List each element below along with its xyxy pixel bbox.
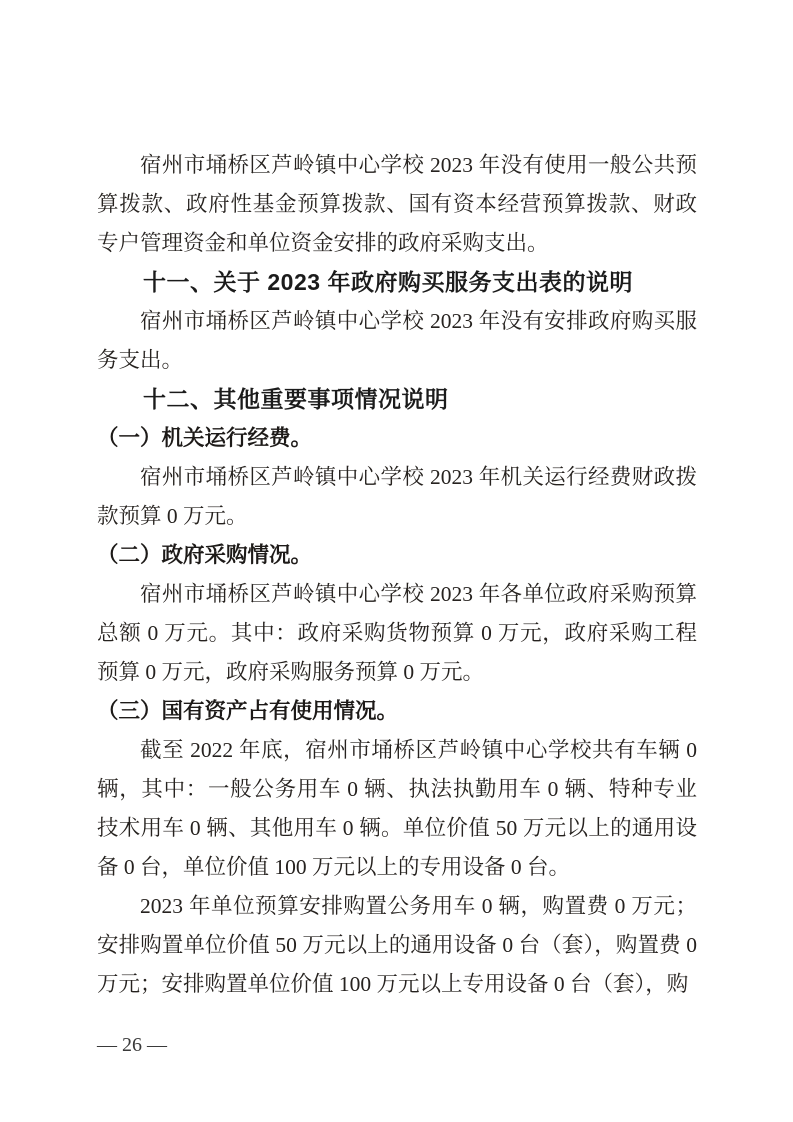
- subheading-12-2-gov-procurement-situation: （二）政府采购情况。: [97, 536, 697, 575]
- paragraph-section-11-body: 宿州市埇桥区芦岭镇中心学校 2023 年没有安排政府购买服务支出。: [97, 302, 697, 380]
- document-content: 宿州市埇桥区芦岭镇中心学校 2023 年没有使用一般公共预算拨款、政府性基金预算…: [97, 146, 697, 1004]
- page-number: — 26 —: [97, 1034, 167, 1056]
- paragraph-12-3-vehicles-equipment: 截至 2022 年底，宿州市埇桥区芦岭镇中心学校共有车辆 0 辆，其中：一般公务…: [97, 731, 697, 887]
- subheading-12-3-state-assets-usage: （三）国有资产占有使用情况。: [97, 692, 697, 731]
- subheading-12-1-agency-operating-funds: （一）机关运行经费。: [97, 419, 697, 458]
- section-heading-11-gov-purchase-services: 十一、关于 2023 年政府购买服务支出表的说明: [97, 263, 697, 302]
- paragraph-12-3-budget-purchases: 2023 年单位预算安排购置公务用车 0 辆，购置费 0 万元；安排购置单位价值…: [97, 887, 697, 1004]
- page-footer: — 26 —: [97, 1032, 167, 1058]
- paragraph-no-procurement-intro: 宿州市埇桥区芦岭镇中心学校 2023 年没有使用一般公共预算拨款、政府性基金预算…: [97, 146, 697, 263]
- paragraph-12-2-body: 宿州市埇桥区芦岭镇中心学校 2023 年各单位政府采购预算总额 0 万元。其中：…: [97, 575, 697, 692]
- paragraph-12-1-body: 宿州市埇桥区芦岭镇中心学校 2023 年机关运行经费财政拨款预算 0 万元。: [97, 458, 697, 536]
- document-page: 宿州市埇桥区芦岭镇中心学校 2023 年没有使用一般公共预算拨款、政府性基金预算…: [0, 0, 793, 1122]
- section-heading-12-other-important-matters: 十二、其他重要事项情况说明: [97, 380, 697, 419]
